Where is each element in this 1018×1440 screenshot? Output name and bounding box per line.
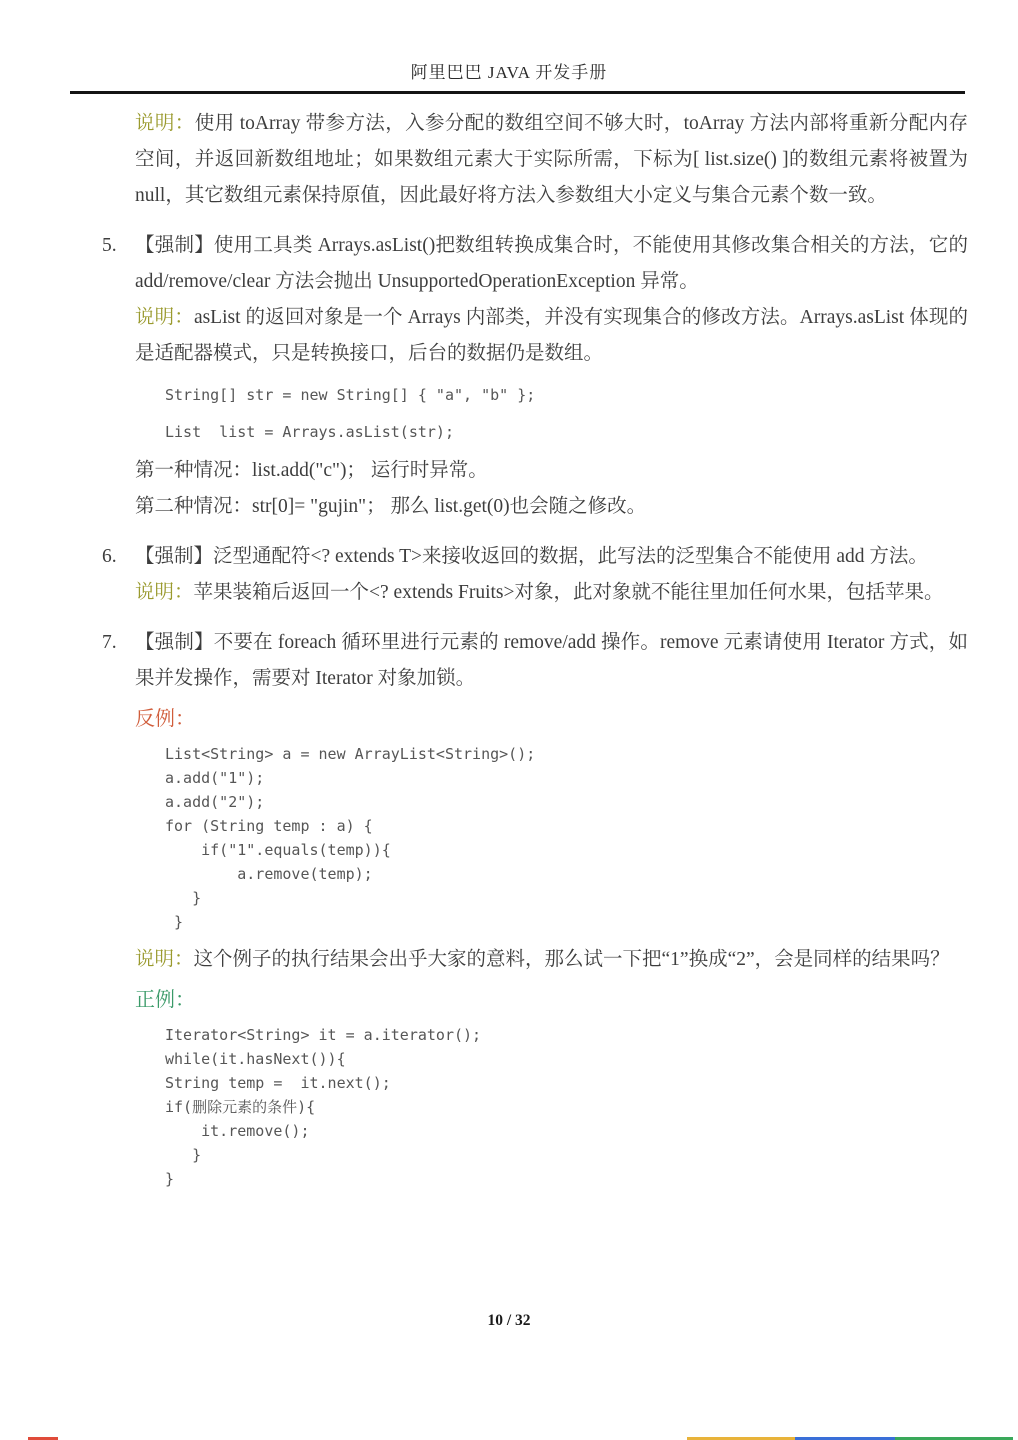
item4-note-paragraph: 说明：使用 toArray 带参方法，入参分配的数组空间不够大时，toArray… bbox=[135, 106, 968, 214]
note-label: 说明： bbox=[135, 113, 195, 134]
item-number: 6. bbox=[102, 539, 117, 575]
counter-example-label: 反例： bbox=[135, 701, 968, 737]
rule-item-6: 6. 【强制】泛型通配符<? extends T>来接收返回的数据，此写法的泛型… bbox=[135, 539, 968, 611]
page-header-title: 阿里巴巴 JAVA 开发手册 bbox=[0, 0, 1018, 83]
document-page: 阿里巴巴 JAVA 开发手册 说明：使用 toArray 带参方法，入参分配的数… bbox=[0, 0, 1018, 1440]
item5-code-block: String[] str = new String[] { "a", "b" }… bbox=[165, 377, 968, 451]
item7-note-text: 这个例子的执行结果会出乎大家的意料，那么试一下把“1”换成“2”，会是同样的结果… bbox=[194, 949, 950, 970]
item5-case2: 第二种情况：str[0]= "gujin"； 那么 list.get(0)也会随… bbox=[135, 489, 968, 525]
page-number: 10 / 32 bbox=[0, 1312, 1018, 1330]
item5-note-text: asList 的返回对象是一个 Arrays 内部类，并没有实现集合的修改方法。… bbox=[135, 307, 968, 364]
note-label: 说明： bbox=[135, 582, 194, 603]
positive-example-label: 正例： bbox=[135, 982, 968, 1018]
note-label: 说明： bbox=[135, 949, 194, 970]
counter-example-code-block: List<String> a = new ArrayList<String>()… bbox=[165, 742, 968, 934]
item6-note-paragraph: 说明：苹果装箱后返回一个<? extends Fruits>对象，此对象就不能往… bbox=[135, 575, 968, 611]
item5-case1: 第一种情况：list.add("c")； 运行时异常。 bbox=[135, 453, 968, 489]
rule-text: 【强制】泛型通配符<? extends T>来接收返回的数据，此写法的泛型集合不… bbox=[135, 539, 968, 575]
item-number: 7. bbox=[102, 625, 117, 661]
page-content: 说明：使用 toArray 带参方法，入参分配的数组空间不够大时，toArray… bbox=[0, 106, 1018, 1191]
item4-note-text: 使用 toArray 带参方法，入参分配的数组空间不够大时，toArray 方法… bbox=[135, 113, 968, 206]
rule-text: 【强制】不要在 foreach 循环里进行元素的 remove/add 操作。r… bbox=[135, 625, 968, 697]
note-label: 说明： bbox=[135, 307, 194, 328]
rule-text: 【强制】使用工具类 Arrays.asList()把数组转换成集合时，不能使用其… bbox=[135, 228, 968, 300]
positive-example-code-block: Iterator<String> it = a.iterator(); whil… bbox=[165, 1023, 968, 1191]
item7-note-paragraph: 说明：这个例子的执行结果会出乎大家的意料，那么试一下把“1”换成“2”，会是同样… bbox=[135, 942, 968, 978]
item5-note-paragraph: 说明：asList 的返回对象是一个 Arrays 内部类，并没有实现集合的修改… bbox=[135, 300, 968, 372]
rule-item-7: 7. 【强制】不要在 foreach 循环里进行元素的 remove/add 操… bbox=[135, 625, 968, 1191]
header-divider bbox=[70, 91, 965, 94]
rule-item-5: 5. 【强制】使用工具类 Arrays.asList()把数组转换成集合时，不能… bbox=[135, 228, 968, 525]
item-number: 5. bbox=[102, 228, 117, 264]
item6-note-text: 苹果装箱后返回一个<? extends Fruits>对象，此对象就不能往里加任… bbox=[194, 582, 944, 603]
